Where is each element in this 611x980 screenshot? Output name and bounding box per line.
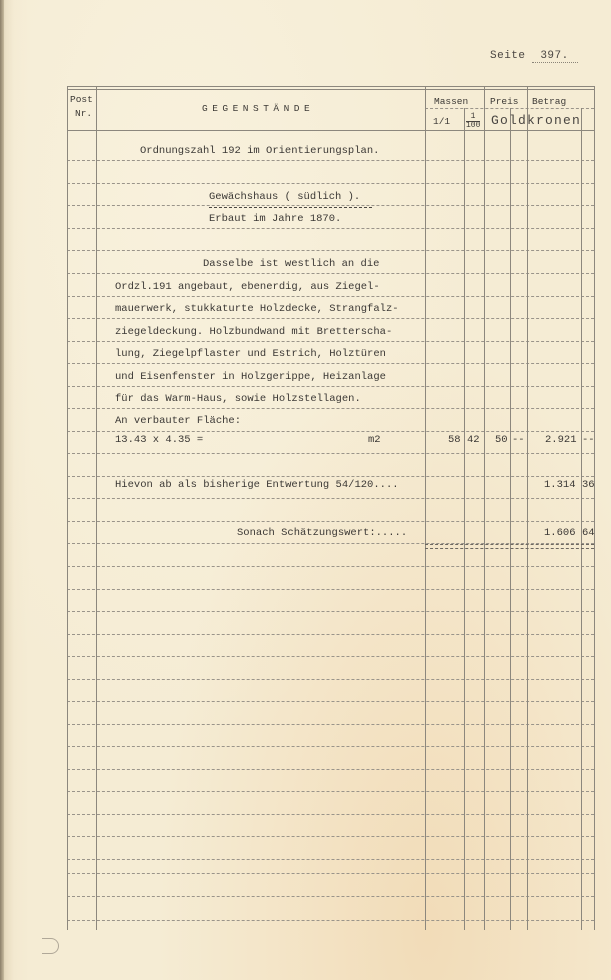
row-rule — [67, 679, 594, 680]
row-rule — [67, 431, 594, 432]
row-rule — [67, 341, 594, 342]
header-currency: Goldkronen — [491, 113, 581, 128]
row-rule — [67, 634, 594, 635]
row-description-line: mauerwerk, stukkaturte Holzdecke, Strang… — [115, 303, 399, 315]
row-rule — [67, 273, 594, 274]
row-rule — [67, 589, 594, 590]
row-description-line: und Eisenfenster in Holzgerippe, Heizanl… — [115, 371, 386, 383]
area-amount-frac: -- — [582, 434, 595, 446]
row-rule — [67, 205, 594, 206]
col-line-price — [527, 86, 528, 930]
row-rule — [67, 701, 594, 702]
col-line-post — [96, 86, 97, 930]
header-post: Post — [70, 94, 93, 105]
row-rule — [67, 814, 594, 815]
pencil-mark — [42, 938, 59, 954]
row-rule — [67, 386, 594, 387]
row-rule — [67, 656, 594, 657]
row-rule — [67, 296, 594, 297]
area-formula: 13.43 x 4.35 = — [115, 434, 203, 446]
area-mass-frac: 42 — [467, 434, 480, 446]
row-rule — [67, 453, 594, 454]
row-description-line: für das Warm-Haus, sowie Holzstellagen. — [115, 393, 361, 405]
row-built-year: Erbaut im Jahre 1870. — [209, 213, 341, 225]
row-title: Gewächshaus ( südlich ). — [209, 191, 360, 203]
estimated-value-amount-frac: 64 — [582, 527, 595, 539]
row-rule — [67, 250, 594, 251]
row-description-line: ziegeldeckung. Holzbundwand mit Bretters… — [115, 326, 392, 338]
page-binding-edge — [0, 0, 4, 980]
top-rule — [67, 86, 594, 87]
depreciation-label: Hievon ab als bisherige Entwertung 54/12… — [115, 479, 399, 491]
area-price-frac: -- — [512, 434, 525, 446]
depreciation-amount-frac: 36 — [582, 479, 595, 491]
area-unit: m2 — [368, 434, 381, 446]
title-underline — [209, 207, 372, 208]
row-rule — [67, 896, 594, 897]
row-description-line: Ordzl.191 angebaut, ebenerdig, aus Ziege… — [115, 281, 380, 293]
area-price-whole: 50 — [495, 434, 508, 446]
row-rule — [67, 228, 594, 229]
row-rule — [67, 566, 594, 567]
row-rule — [67, 611, 594, 612]
row-ordnungszahl: Ordnungszahl 192 im Orientierungsplan. — [140, 145, 379, 157]
fraction-denominator: 100 — [466, 121, 480, 130]
row-rule — [67, 920, 594, 921]
col-line-right — [594, 86, 595, 930]
row-description-line: lung, Ziegelpflaster und Estrich, Holztü… — [115, 348, 386, 360]
page-label: Seite — [490, 50, 526, 62]
header-masses: Massen — [434, 96, 468, 107]
row-rule — [67, 318, 594, 319]
header-price: Preis — [490, 96, 519, 107]
header-bottom-rule — [67, 130, 594, 131]
col-line-items — [425, 86, 426, 930]
row-area-label: An verbauter Fläche: — [115, 415, 241, 427]
page-number: Seite397. — [490, 50, 578, 63]
estimated-value-amount-whole: 1.606 — [544, 527, 576, 539]
col-line-price-frac — [510, 108, 511, 930]
row-rule — [67, 746, 594, 747]
row-description-line: Dasselbe ist westlich an die — [203, 258, 379, 270]
header-items: GEGENSTÄNDE — [202, 103, 314, 114]
col-line-amount-frac — [581, 108, 582, 930]
row-rule — [67, 363, 594, 364]
row-rule — [67, 873, 594, 874]
row-rule — [67, 836, 594, 837]
row-rule — [67, 476, 594, 477]
area-mass-whole: 58 — [448, 434, 461, 446]
row-rule — [67, 498, 594, 499]
area-amount-whole: 2.921 — [545, 434, 577, 446]
row-rule — [67, 521, 594, 522]
col-line-masses — [484, 86, 485, 930]
top-rule-inner — [67, 89, 594, 90]
row-rule — [67, 408, 594, 409]
header-post-nr: Nr. — [75, 108, 92, 119]
total-double-rule — [425, 544, 594, 549]
col-line-left — [67, 86, 68, 930]
row-rule — [67, 859, 594, 860]
estimated-value-label: Sonach Schätzungswert:..... — [237, 527, 407, 539]
row-rule — [67, 724, 594, 725]
header-amount: Betrag — [532, 96, 566, 107]
col-line-mass-frac — [464, 108, 465, 930]
page-number-value: 397. — [532, 50, 578, 63]
row-rule — [67, 769, 594, 770]
ledger-table: Post Nr. GEGENSTÄNDE Massen 1/1 1 100 Pr… — [67, 86, 594, 930]
depreciation-amount-whole: 1.314 — [544, 479, 576, 491]
header-mass-whole: 1/1 — [433, 116, 450, 127]
row-rule — [67, 791, 594, 792]
row-rule — [67, 183, 594, 184]
row-rule — [67, 160, 594, 161]
header-mass-fraction: 1 100 — [466, 113, 480, 130]
